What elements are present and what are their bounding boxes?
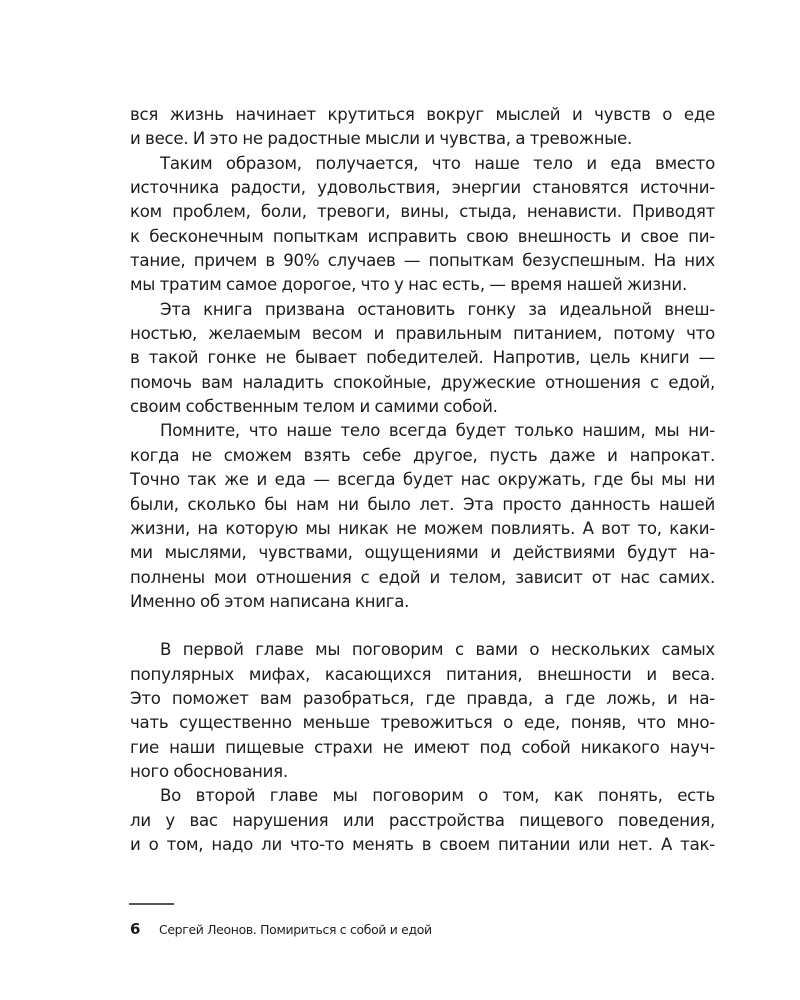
text-line: в такой гонке не бывает победителей. Нап…: [130, 346, 715, 370]
text-line: В первой главе мы поговорим с вами о нес…: [130, 638, 715, 662]
text-line: источника радости, удовольствия, энергии…: [130, 176, 715, 200]
text-line: тание, причем в 90% случаев — попыткам б…: [130, 249, 715, 273]
text-line: популярных мифах, касающихся питания, вн…: [130, 663, 715, 687]
footer-rule: [129, 903, 174, 905]
text-line: помочь вам наладить спокойные, дружеские…: [130, 371, 715, 395]
text-line: ми мыслями, чувствами, ощущениями и дейс…: [130, 541, 715, 565]
text-line: чать существенно меньше тревожиться о ед…: [130, 711, 715, 735]
text-line: Таким образом, получается, что наше тело…: [130, 152, 715, 176]
text-line: гие наши пищевые страхи не имеют под соб…: [130, 736, 715, 760]
text-line: Именно об этом написана книга.: [130, 590, 715, 614]
text-line: мы тратим самое дорогое, что у нас есть,…: [130, 273, 715, 297]
text-line: и о том, надо ли что-то менять в своем п…: [130, 833, 715, 857]
running-title: Сергей Леонов. Помириться с собой и едой: [159, 922, 432, 937]
text-line: полнены мои отношения с едой и телом, за…: [130, 566, 715, 590]
paragraph-3: Эта книга призвана остановить гонку за и…: [130, 298, 715, 420]
section-break: [130, 614, 715, 638]
paragraph-2: Таким образом, получается, что наше тело…: [130, 152, 715, 298]
page-number: 6: [130, 920, 159, 938]
paragraph-6: Во второй главе мы поговорим о том, как …: [130, 784, 715, 857]
text-line: Помните, что наше тело всегда будет толь…: [130, 419, 715, 443]
paragraph-1: вся жизнь начинает крутиться вокруг мысл…: [130, 103, 715, 152]
text-line: к бесконечным попыткам исправить свою вн…: [130, 225, 715, 249]
text-line: Во второй главе мы поговорим о том, как …: [130, 784, 715, 808]
text-line: ностью, желаемым весом и правильным пита…: [130, 322, 715, 346]
text-line: вся жизнь начинает крутиться вокруг мысл…: [130, 103, 715, 127]
text-line: когда не сможем взять себе другое, пусть…: [130, 444, 715, 468]
page-footer: 6 Сергей Леонов. Помириться с собой и ед…: [130, 920, 432, 938]
text-line: жизни, на которую мы никак не можем повл…: [130, 517, 715, 541]
text-line: ного обоснования.: [130, 760, 715, 784]
text-line: ли у вас нарушения или расстройства пище…: [130, 809, 715, 833]
text-line: и весе. И это не радостные мысли и чувст…: [130, 127, 715, 151]
text-line: своим собственным телом и самими собой.: [130, 395, 715, 419]
text-line: были, сколько бы нам ни было лет. Эта пр…: [130, 493, 715, 517]
text-line: Эта книга призвана остановить гонку за и…: [130, 298, 715, 322]
text-line: Точно так же и еда — всегда будет нас ок…: [130, 468, 715, 492]
paragraph-4: Помните, что наше тело всегда будет толь…: [130, 419, 715, 614]
paragraph-5: В первой главе мы поговорим с вами о нес…: [130, 638, 715, 784]
text-line: Это поможет вам разобраться, где правда,…: [130, 687, 715, 711]
page-body: вся жизнь начинает крутиться вокруг мысл…: [130, 103, 715, 857]
text-line: ком проблем, боли, тревоги, вины, стыда,…: [130, 200, 715, 224]
